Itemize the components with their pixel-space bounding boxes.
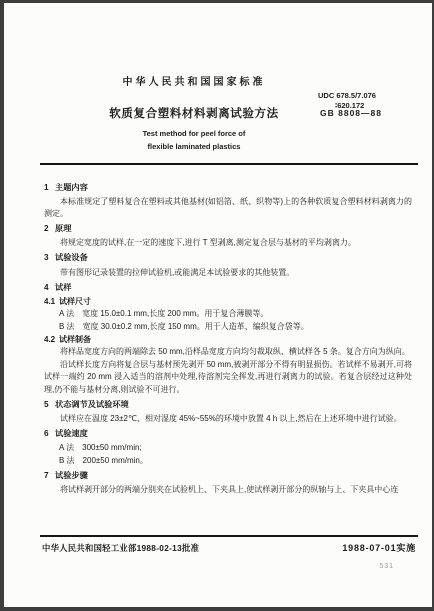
footer-divider [40,535,418,537]
section-3-title: 试验设备 [55,253,88,262]
scan-frame: 中华人民共和国国家标准 UDC 678.5/7.076 ∶620.172 软质复… [0,0,434,611]
section-2-heading: 2原理 [44,223,412,236]
section-1-title: 主题内容 [55,183,88,192]
section-1-number: 1 [44,182,55,195]
approval-statement: 中华人民共和国轻工业部1988-02-13批准 [42,542,199,554]
standard-code: GB 8808—88 [320,108,382,118]
method-b-dimensions: B 法 宽度 30.0±0.2 mm,长度 150 mm。用于人造革、编织复合袋… [44,321,412,334]
section-4-1-number: 4.1 [44,296,59,309]
section-6-number: 6 [44,428,55,441]
section-3-heading: 3试验设备 [44,252,412,265]
method-a-dimensions: A 法 宽度 15.0±0.1 mm,长度 200 mm。用于复合薄膜等。 [44,308,412,321]
section-6-heading: 6试验速度 [44,428,412,441]
header-divider [40,163,418,165]
section-4-1-heading: 4.1试样尺寸 [44,296,412,309]
section-7-title: 试验步骤 [55,471,88,480]
section-7-paragraph: 将试样剥开部分的两端分别夹在试验机上、下夹具上,使试样剥开部分的纵轴与上、下夹具… [44,484,412,497]
method-a-speed: A 法 300±50 mm/min; [44,442,412,455]
footer: 中华人民共和国轻工业部1988-02-13批准 1988-07-01实施 [42,541,416,554]
section-2-paragraph: 将规定宽度的试样,在一定的速度下,进行 T 型剥离,测定复合层与基材的平均剥离力… [44,237,412,250]
section-5-title: 状态调节及试验环境 [55,400,129,409]
section-5-paragraph: 试样应在温度 23±2℃、相对湿度 45%~55%的环境中放置 4 h 以上,然… [44,413,412,426]
national-standard-label: 中华人民共和国国家标准 [44,73,344,88]
section-7-number: 7 [44,470,55,483]
section-7-heading: 7试验步骤 [44,470,412,483]
method-b-speed: B 法 200±50 mm/min。 [44,455,412,468]
section-4-number: 4 [44,282,55,295]
section-2-number: 2 [44,223,55,236]
section-1-paragraph: 本标准规定了塑料复合在塑料或其他基材(如铝箔、纸、织物等)上的各种软质复合塑料材… [44,196,412,221]
section-4-1-title: 试样尺寸 [59,297,91,306]
document-title-chinese: 软质复合塑料材料剥离试验方法 [44,105,344,121]
section-4-2-paragraph-1: 将样品宽度方向的两端除去 50 mm,沿样品宽度方向均匀裁取纵、横试样各 5 条… [44,346,412,359]
page-number: 531 [379,563,394,570]
section-3-number: 3 [44,252,55,265]
section-5-number: 5 [44,399,55,412]
udc-line-1: UDC 678.5/7.076 [318,91,430,101]
section-4-2-title: 试样制备 [59,335,91,344]
section-6-title: 试验速度 [55,429,88,438]
document-title-english-line2: flexible laminated plastics [44,142,344,151]
section-4-heading: 4试样 [44,282,412,295]
section-5-heading: 5状态调节及试验环境 [44,399,412,412]
section-1-heading: 1主题内容 [44,182,412,195]
section-4-title: 试样 [55,283,71,292]
section-4-2-heading: 4.2试样制备 [44,334,412,347]
document-title-english-line1: Test method for peel force of [44,129,344,138]
section-2-title: 原理 [55,224,71,233]
section-4-2-number: 4.2 [44,334,59,347]
document-page: 中华人民共和国国家标准 UDC 678.5/7.076 ∶620.172 软质复… [4,3,432,607]
section-3-paragraph: 带有图形记录装置的拉伸试验机,或能满足本试验要求的其他装置。 [44,267,412,280]
implementation-date: 1988-07-01实施 [342,541,416,554]
section-4-2-paragraph-2: 沿试样长度方向将复合层与基材预先剥开 50 mm,被剥开部分不得有明显损伤。若试… [44,359,412,397]
document-body: 1主题内容 本标准规定了塑料复合在塑料或其他基材(如铝箔、纸、织物等)上的各种软… [44,179,412,497]
